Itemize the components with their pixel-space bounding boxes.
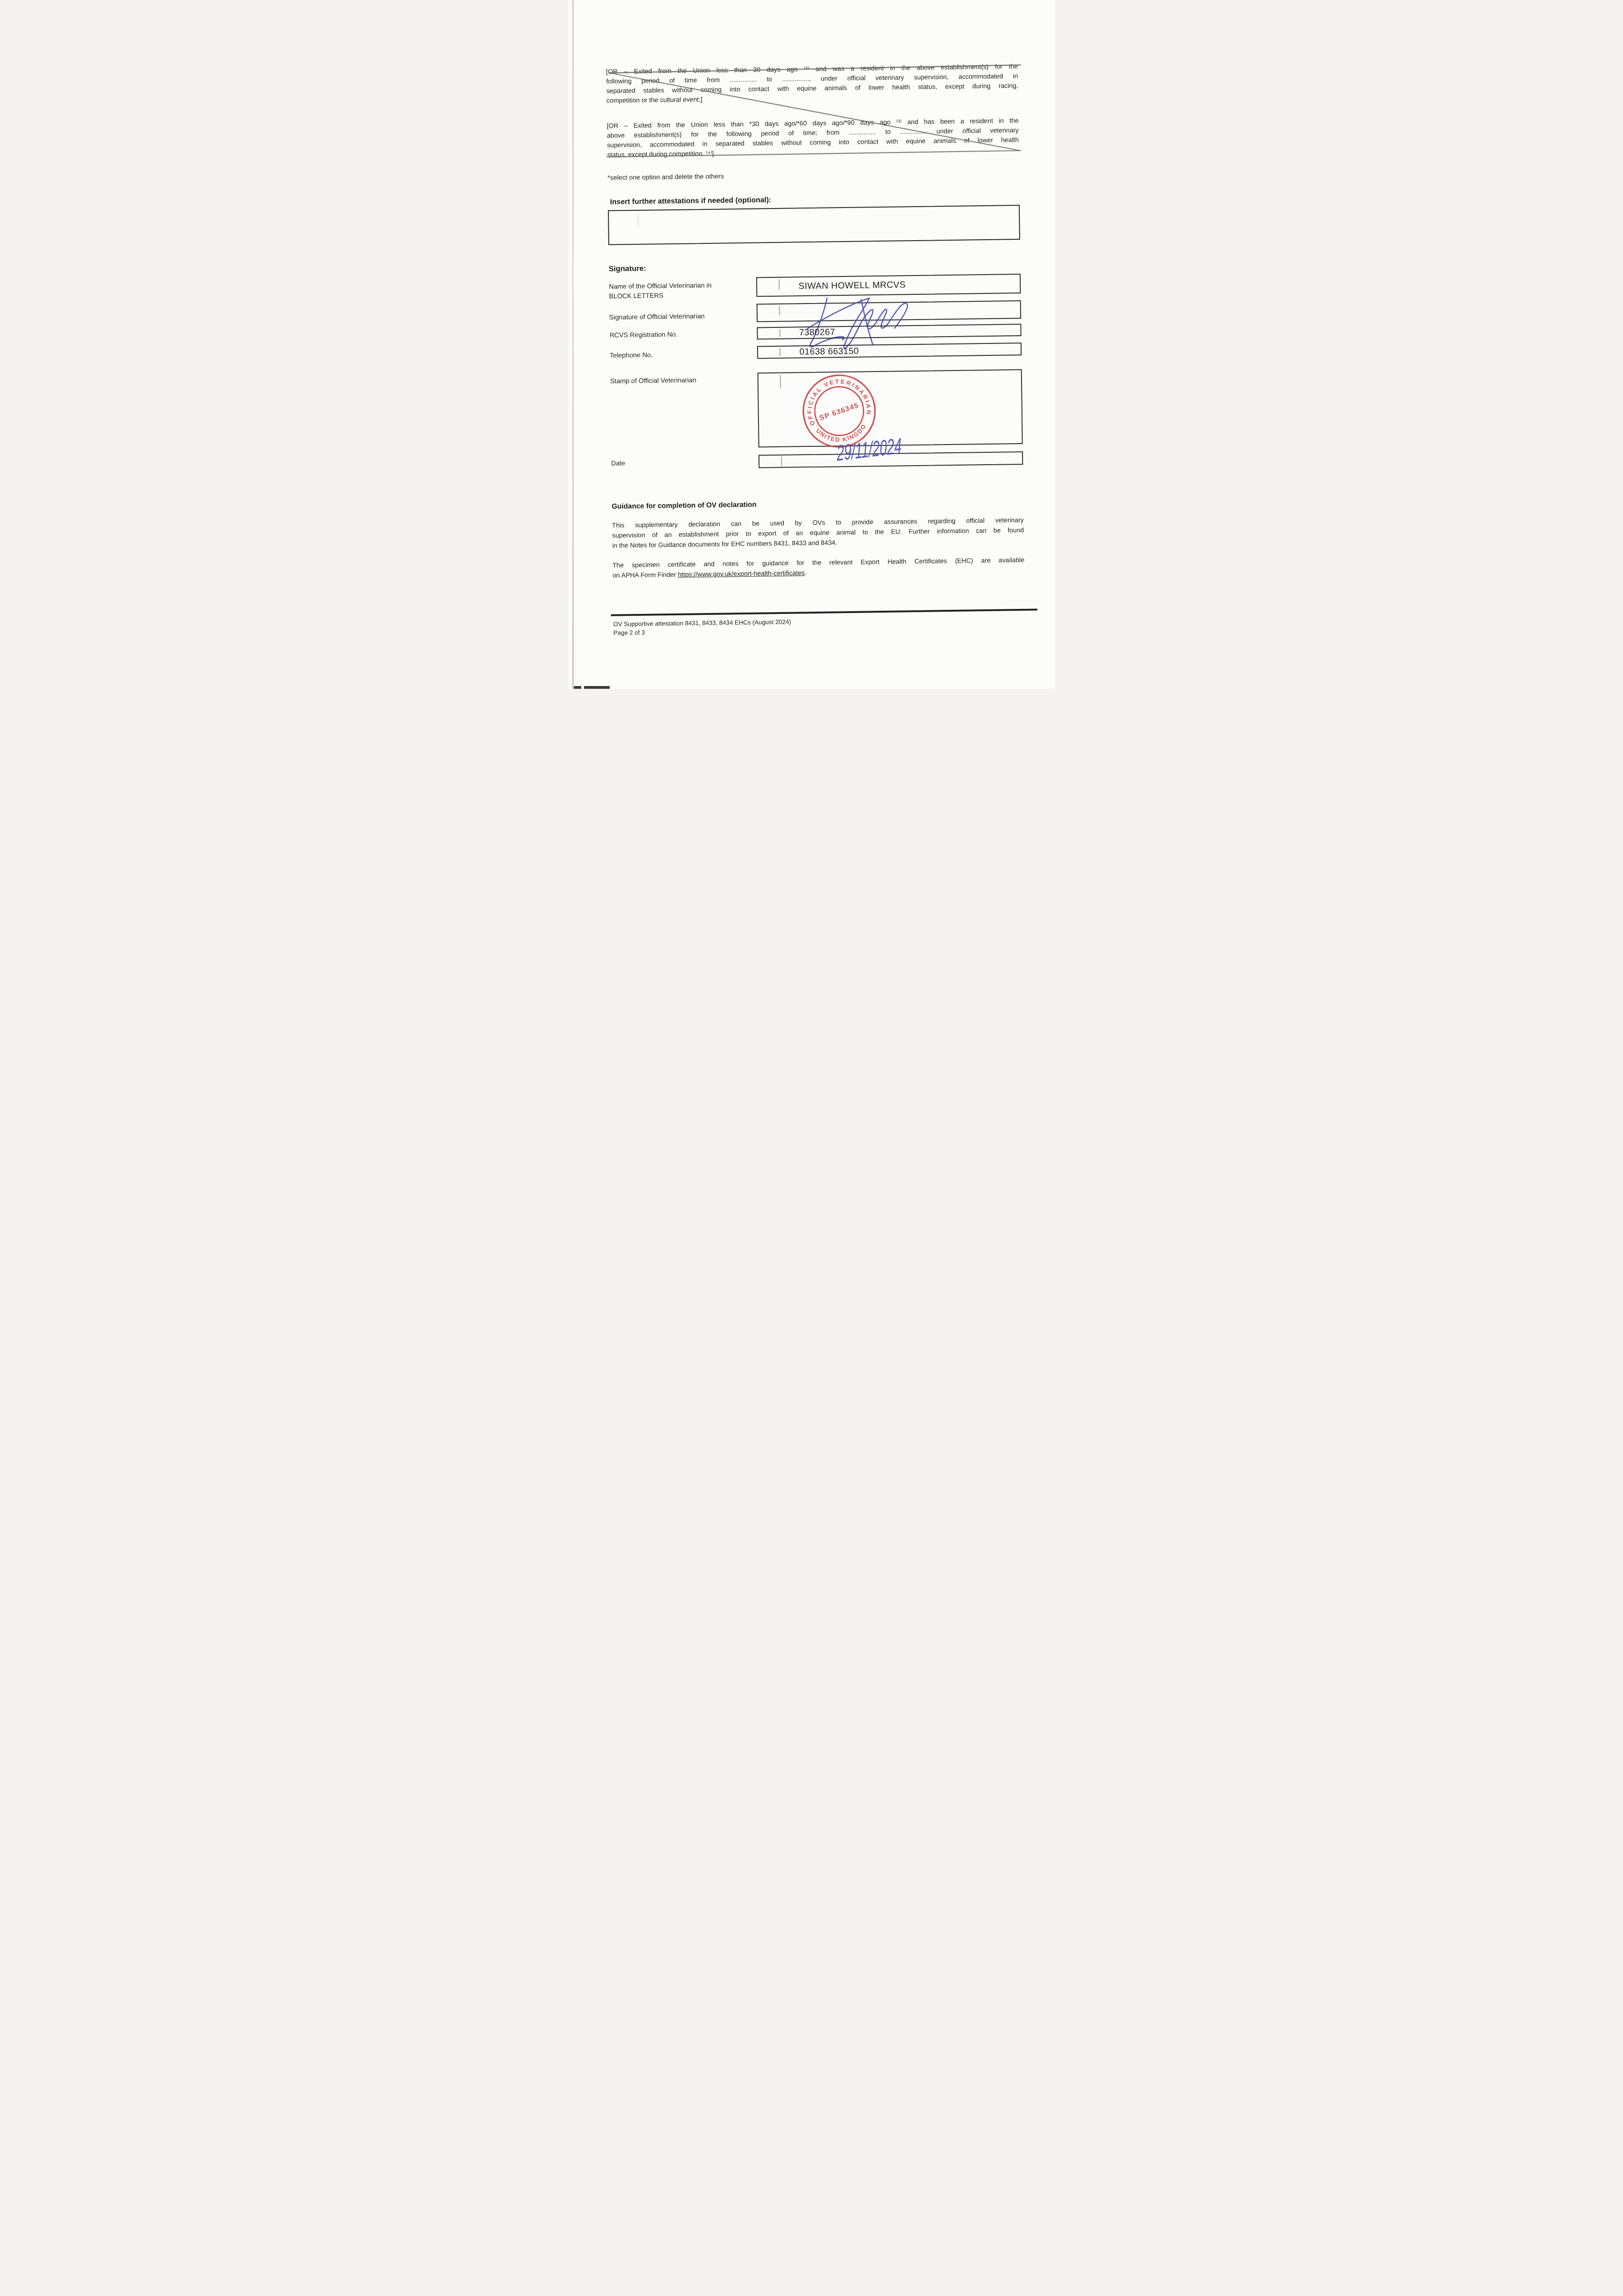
date-box: 29/11/2024	[758, 451, 1023, 468]
attestations-heading: Insert further attestations if needed (o…	[610, 196, 771, 207]
signature-label: Signature of Official Veterinarian	[609, 313, 704, 321]
box-cell-divider	[779, 348, 780, 356]
telephone-value: 01638 663150	[799, 346, 859, 358]
strike-top-line	[609, 65, 1021, 73]
box-cell-divider	[779, 306, 780, 315]
guidance-link-suffix: .	[804, 569, 806, 577]
footer-page-number: Page 2 of 3	[613, 629, 645, 636]
name-label-line2: BLOCK LETTERS	[609, 292, 663, 300]
document-sheet: [OR – Exited from the Union less than 30…	[568, 0, 1055, 689]
scanned-document-page: [OR – Exited from the Union less than 30…	[568, 0, 1055, 689]
box-cell-divider	[638, 213, 639, 225]
rcvs-label: RCVS Registration No.	[609, 331, 677, 339]
box-cell-divider	[780, 375, 781, 388]
name-box: SIWAN HOWELL MRCVS	[756, 274, 1021, 297]
signature-box	[756, 300, 1021, 322]
telephone-box: 01638 663150	[757, 343, 1021, 359]
attestations-box	[608, 205, 1020, 245]
telephone-label: Telephone No.	[610, 352, 653, 360]
strike-bottom-line	[607, 151, 1020, 157]
name-value: SIWAN HOWELL MRCVS	[798, 276, 905, 295]
box-cell-divider	[781, 457, 782, 467]
box-cell-divider	[779, 279, 780, 290]
strike-diagonal-line	[609, 68, 1020, 156]
rcvs-value: 7380267	[799, 327, 835, 338]
date-label: Date	[611, 460, 625, 467]
name-label: Name of the Official Veterinarian in	[609, 282, 712, 291]
select-option-note: *select one option and delete the others	[607, 173, 724, 181]
guidance-heading: Guidance for completion of OV declaratio…	[612, 501, 756, 511]
stamp-label: Stamp of Official Veterinarian	[610, 377, 696, 385]
signature-section-heading: Signature:	[608, 264, 646, 274]
signature-stroke	[809, 298, 844, 347]
rcvs-box: 7380267	[757, 324, 1021, 340]
guidance-paragraph-1: This supplementary declaration can be us…	[612, 515, 1024, 551]
export-health-certificates-link[interactable]: https://www.gov.uk/export-health-certifi…	[678, 569, 805, 579]
strikeout-lines	[603, 61, 1022, 163]
box-cell-divider	[779, 329, 780, 337]
footer-document-title: OV Supportive attestation 8431, 8433, 84…	[613, 619, 791, 628]
signature-stroke	[843, 298, 870, 349]
footer-rule	[611, 609, 1037, 616]
stamp-center-text: SP 636345	[818, 401, 860, 422]
guidance-paragraph-2: The specimen certificate and notes for g…	[612, 555, 1024, 581]
guidance-link-prefix: on APHA Form Finder	[612, 571, 678, 580]
